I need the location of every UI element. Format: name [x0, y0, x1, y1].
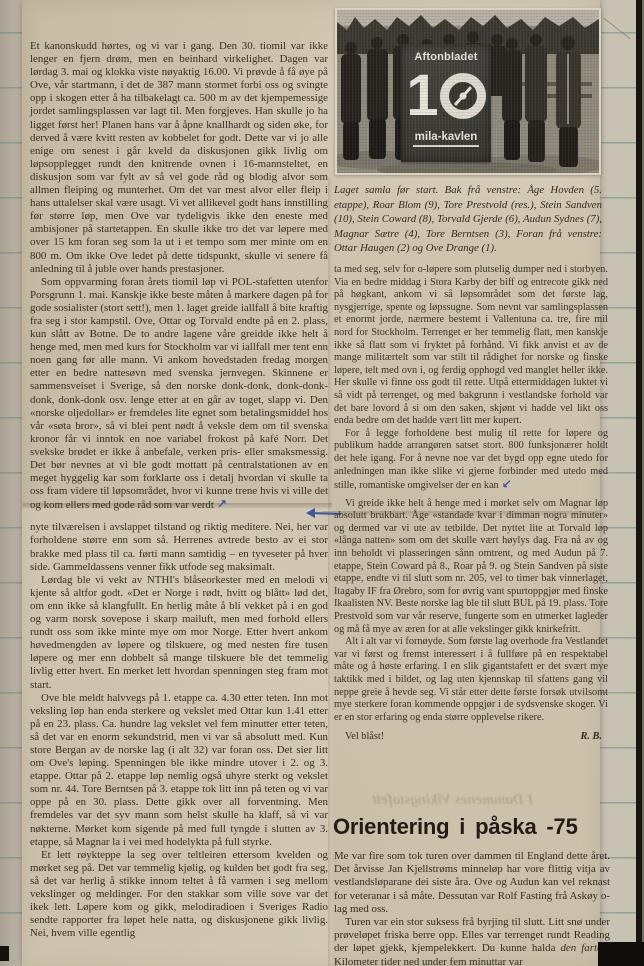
- body-paragraph: Som oppvarming foran årets tiomil løp vi…: [30, 276, 328, 513]
- compass-center-icon: [459, 93, 466, 100]
- scanned-scrapbook-page: Et kanonskudd hørtes, og vi var i gang. …: [0, 0, 644, 966]
- body-paragraph: For å legge forholdene best mulig til re…: [334, 428, 608, 493]
- scan-black-mark: [0, 946, 9, 961]
- body-paragraph: Me var fire som tok turen over dammen ti…: [334, 850, 610, 916]
- body-paragraph: Turen var ein stor suksess frå byrjing t…: [334, 916, 610, 966]
- sign-title: Aftonbladet: [401, 51, 491, 63]
- body-paragraph: Et lett røykteppe la seg over teltleiren…: [30, 849, 328, 941]
- race-sign: Aftonbladet 1 mila-kavlen: [401, 44, 491, 162]
- article-column-closing: Me var fire som tok turen over dammen ti…: [334, 850, 610, 966]
- body-paragraph: Alt i alt var vi fornøyde. Som første la…: [334, 636, 608, 724]
- article-column-right: ta med seg, selv for o-løpere som plutse…: [334, 264, 608, 742]
- team-photo: Aftonbladet 1 mila-kavlen: [335, 8, 601, 175]
- sign-subtitle: mila-kavlen: [413, 131, 480, 147]
- body-paragraph: nyte tilværelsen i avslappet tilstand og…: [30, 521, 328, 573]
- article-column-left: Et kanonskudd hørtes, og vi var i gang. …: [30, 40, 328, 940]
- body-paragraph: ta med seg, selv for o-løpere som plutse…: [334, 264, 608, 428]
- photo-caption: Laget samla før start. Bak frå venstre: …: [334, 183, 602, 256]
- newspaper-clipping: Et kanonskudd hørtes, og vi var i gang. …: [22, 0, 600, 966]
- clipping-seam: [328, 178, 332, 966]
- body-paragraph: Ove ble meldt halvvegs på 1. etappe ca. …: [30, 692, 328, 849]
- compass-ring-icon: [440, 73, 486, 119]
- paper-crease: [603, 18, 630, 40]
- sign-number: 1: [401, 65, 491, 127]
- body-paragraph: Lørdag ble vi vekt av NTHI's blåseorkest…: [30, 574, 328, 692]
- signoff-line: Vel blåst! R. B.: [334, 731, 608, 742]
- body-paragraph: Et kanonskudd hørtes, og vi var i gang. …: [30, 40, 328, 276]
- scan-black-corner: [598, 942, 644, 966]
- author-initials: R. B.: [581, 731, 608, 742]
- signoff-text: Vel blåst!: [334, 731, 384, 742]
- pen-arrow-down-left-icon: ↙: [502, 477, 512, 491]
- pen-arrow-up-right-icon: ↗: [217, 497, 227, 511]
- body-paragraph: Vi greide ikke helt å henge med i mørket…: [334, 498, 608, 637]
- sign-digit-one: 1: [406, 67, 438, 125]
- article-heading: Orientering i påska -75: [333, 814, 623, 840]
